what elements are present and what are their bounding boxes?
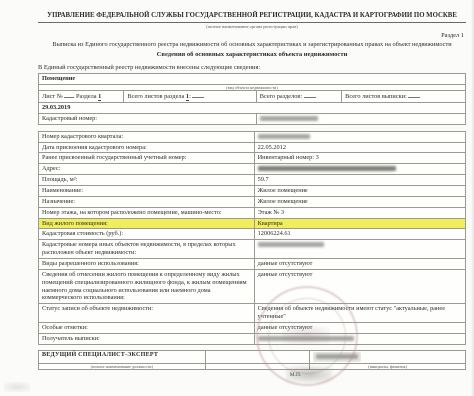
official-position-title: ВЕДУЩИЙ СПЕЦИАЛИСТ-ЭКСПЕРТ [39,350,206,363]
object-type: Помещение [39,74,466,85]
details-row-value [254,131,465,142]
details-row-label: Дата присвоения кадастрового номера: [39,142,255,153]
extract-date: 29.03.2019 [39,102,466,113]
stamp-place-label: М.П. [243,372,348,378]
document-subtitle: Сведения об основных характеристиках объ… [38,51,466,58]
details-row-value: Жилое помещение [254,196,465,207]
details-row-value: данные отсутствуют [254,259,465,270]
details-row: Дата присвоения кадастрового номера:22.0… [39,142,466,153]
details-row-label: Назначение: [39,196,255,207]
total-sections-cell: Всего разделов: [256,91,341,103]
stamp-place-row: М.П. [38,372,466,378]
sheet-number-cell: Лист № Раздела 1 [39,91,124,103]
signature-table: ВЕДУЩИЙ СПЕЦИАЛИСТ-ЭКСПЕРТ (полное наиме… [38,350,466,370]
redacted-value-bar [258,166,396,171]
details-row-value [254,164,465,175]
details-row: Сведения об отнесении жилого помещения к… [39,269,466,303]
details-row-value: данные отсутствуют [254,323,465,334]
details-row: Наименование:Жилое помещение [39,186,466,197]
details-row: Площадь, м²:59.7 [39,175,466,186]
details-row-value: Сведения об объекте недвижимости имеют с… [254,304,465,323]
details-row: Номер этажа, на котором расположено поме… [39,207,466,218]
details-row: Получатель выписки: [39,333,466,344]
cadastral-number-row: Кадастровый номер: [39,113,466,124]
official-name-redaction-bar [316,354,358,359]
details-row-label: Сведения об отнесении жилого помещения к… [39,269,255,303]
section-label: Раздел 1 [38,32,466,39]
details-row-label: Адрес: [39,164,255,175]
details-row-label: Статус записи об объекте недвижимости: [39,304,255,323]
details-row: Виды разрешенного использования:данные о… [39,259,466,270]
total-extract-sheets-label: Всего листов выписки: [345,93,407,100]
details-row-label: Ранее присвоенный государственный учетны… [39,153,255,164]
details-row: Ранее присвоенный государственный учетны… [39,153,466,164]
intro-line: В Единый государственный реестр недвижим… [38,64,466,71]
total-sections-blank [304,92,316,98]
redacted-value-bar [258,242,324,247]
egrn-extract-document: УПРАВЛЕНИЕ ФЕДЕРАЛЬНОЙ СЛУЖБЫ ГОСУДАРСТВ… [0,0,474,378]
sheet-section-value: 1 [98,93,101,101]
sheet-section-label: Раздела [76,93,97,100]
details-row-label: Кадастровая стоимость (руб.): [39,229,255,240]
details-row-value [254,240,465,259]
object-details-table: Номер кадастрового квартала:Дата присвое… [38,131,466,345]
name-caption: (инициалы, фамилия) [310,363,466,369]
details-row: Адрес: [39,164,466,175]
total-extract-sheets-cell: Всего листов выписки: [342,91,466,103]
signature-cell [205,350,310,363]
details-row: Назначение:Жилое помещение [39,196,466,207]
official-name-cell [310,350,466,363]
object-details-body: Номер кадастрового квартала:Дата присвое… [39,131,466,344]
details-row-value: 22.05.2012 [254,142,465,153]
details-row-value: Инвентарный номер: 3 [254,153,465,164]
details-row: Номер кадастрового квартала: [39,131,466,142]
details-row: Статус записи об объекте недвижимости:Св… [39,304,466,323]
document-title: Выписка из Единого государственного реес… [38,41,466,49]
details-row-value: 59.7 [254,175,465,186]
details-row: Кадастровая стоимость (руб.):12006224.61 [39,229,466,240]
sheet-label: Лист № [42,93,63,100]
total-sheets-label: Всего листов раздела [127,93,184,100]
details-row-label: Получатель выписки: [39,333,255,344]
stamp-place-spacer [38,372,243,378]
object-header-table: Помещение (вид объекта недвижимости) Лис… [38,73,466,125]
details-row-label: Виды разрешенного использования: [39,259,255,270]
details-row-label: Площадь, м²: [39,175,255,186]
total-sheets-colon: : [189,93,191,100]
official-name-redacted [313,352,361,362]
details-row: Вид жилого помещения:Квартира [39,218,466,229]
details-row-label: Наименование: [39,186,255,197]
details-row-value: 12006224.61 [254,229,465,240]
signature-captions-row: (полное наименование должности) (инициал… [39,363,466,369]
position-caption: (полное наименование должности) [39,363,206,369]
object-type-row: Помещение [39,74,466,85]
details-row-label: Номер этажа, на котором расположено поме… [39,207,255,218]
scan-corner-artifact [4,382,30,392]
details-row-label: Номер кадастрового квартала: [39,131,255,142]
date-row: 29.03.2019 [39,102,466,113]
details-row-value: данные отсутствуют [254,269,465,303]
authority-name-caption: (полное наименование органа регистрации … [38,24,466,29]
cadastral-number-redacted [260,116,318,121]
signature-caption-cell [205,363,310,369]
details-row-value: Квартира [254,218,465,229]
redacted-value-bar [258,134,310,139]
details-row-value: Жилое помещение [254,186,465,197]
details-row-label: Вид жилого помещения: [39,218,255,229]
signature-row: ВЕДУЩИЙ СПЕЦИАЛИСТ-ЭКСПЕРТ [39,350,466,363]
total-sections-label: Всего разделов: [260,93,302,100]
details-row: Особые отметки:данные отсутствуют [39,323,466,334]
details-row-value: Этаж № 3 [254,207,465,218]
cadastral-number-value-cell [256,113,465,124]
registration-authority-name: УПРАВЛЕНИЕ ФЕДЕРАЛЬНОЙ СЛУЖБЫ ГОСУДАРСТВ… [38,12,466,23]
total-sheets-cell: Всего листов раздела 1: [124,91,256,103]
details-row-label: Особые отметки: [39,323,255,334]
redacted-value-bar [258,336,354,341]
details-row-label: Кадастровые номера иных объектов недвижи… [39,240,255,259]
total-sheets-blank [192,92,204,98]
details-row: Кадастровые номера иных объектов недвижи… [39,240,466,259]
sheet-info-row: Лист № Раздела 1 Всего листов раздела 1:… [39,91,466,103]
details-row-value [254,333,465,344]
total-extract-sheets-blank [408,92,420,98]
sheet-number-blank [64,92,74,98]
cadastral-number-label: Кадастровый номер: [39,113,257,124]
